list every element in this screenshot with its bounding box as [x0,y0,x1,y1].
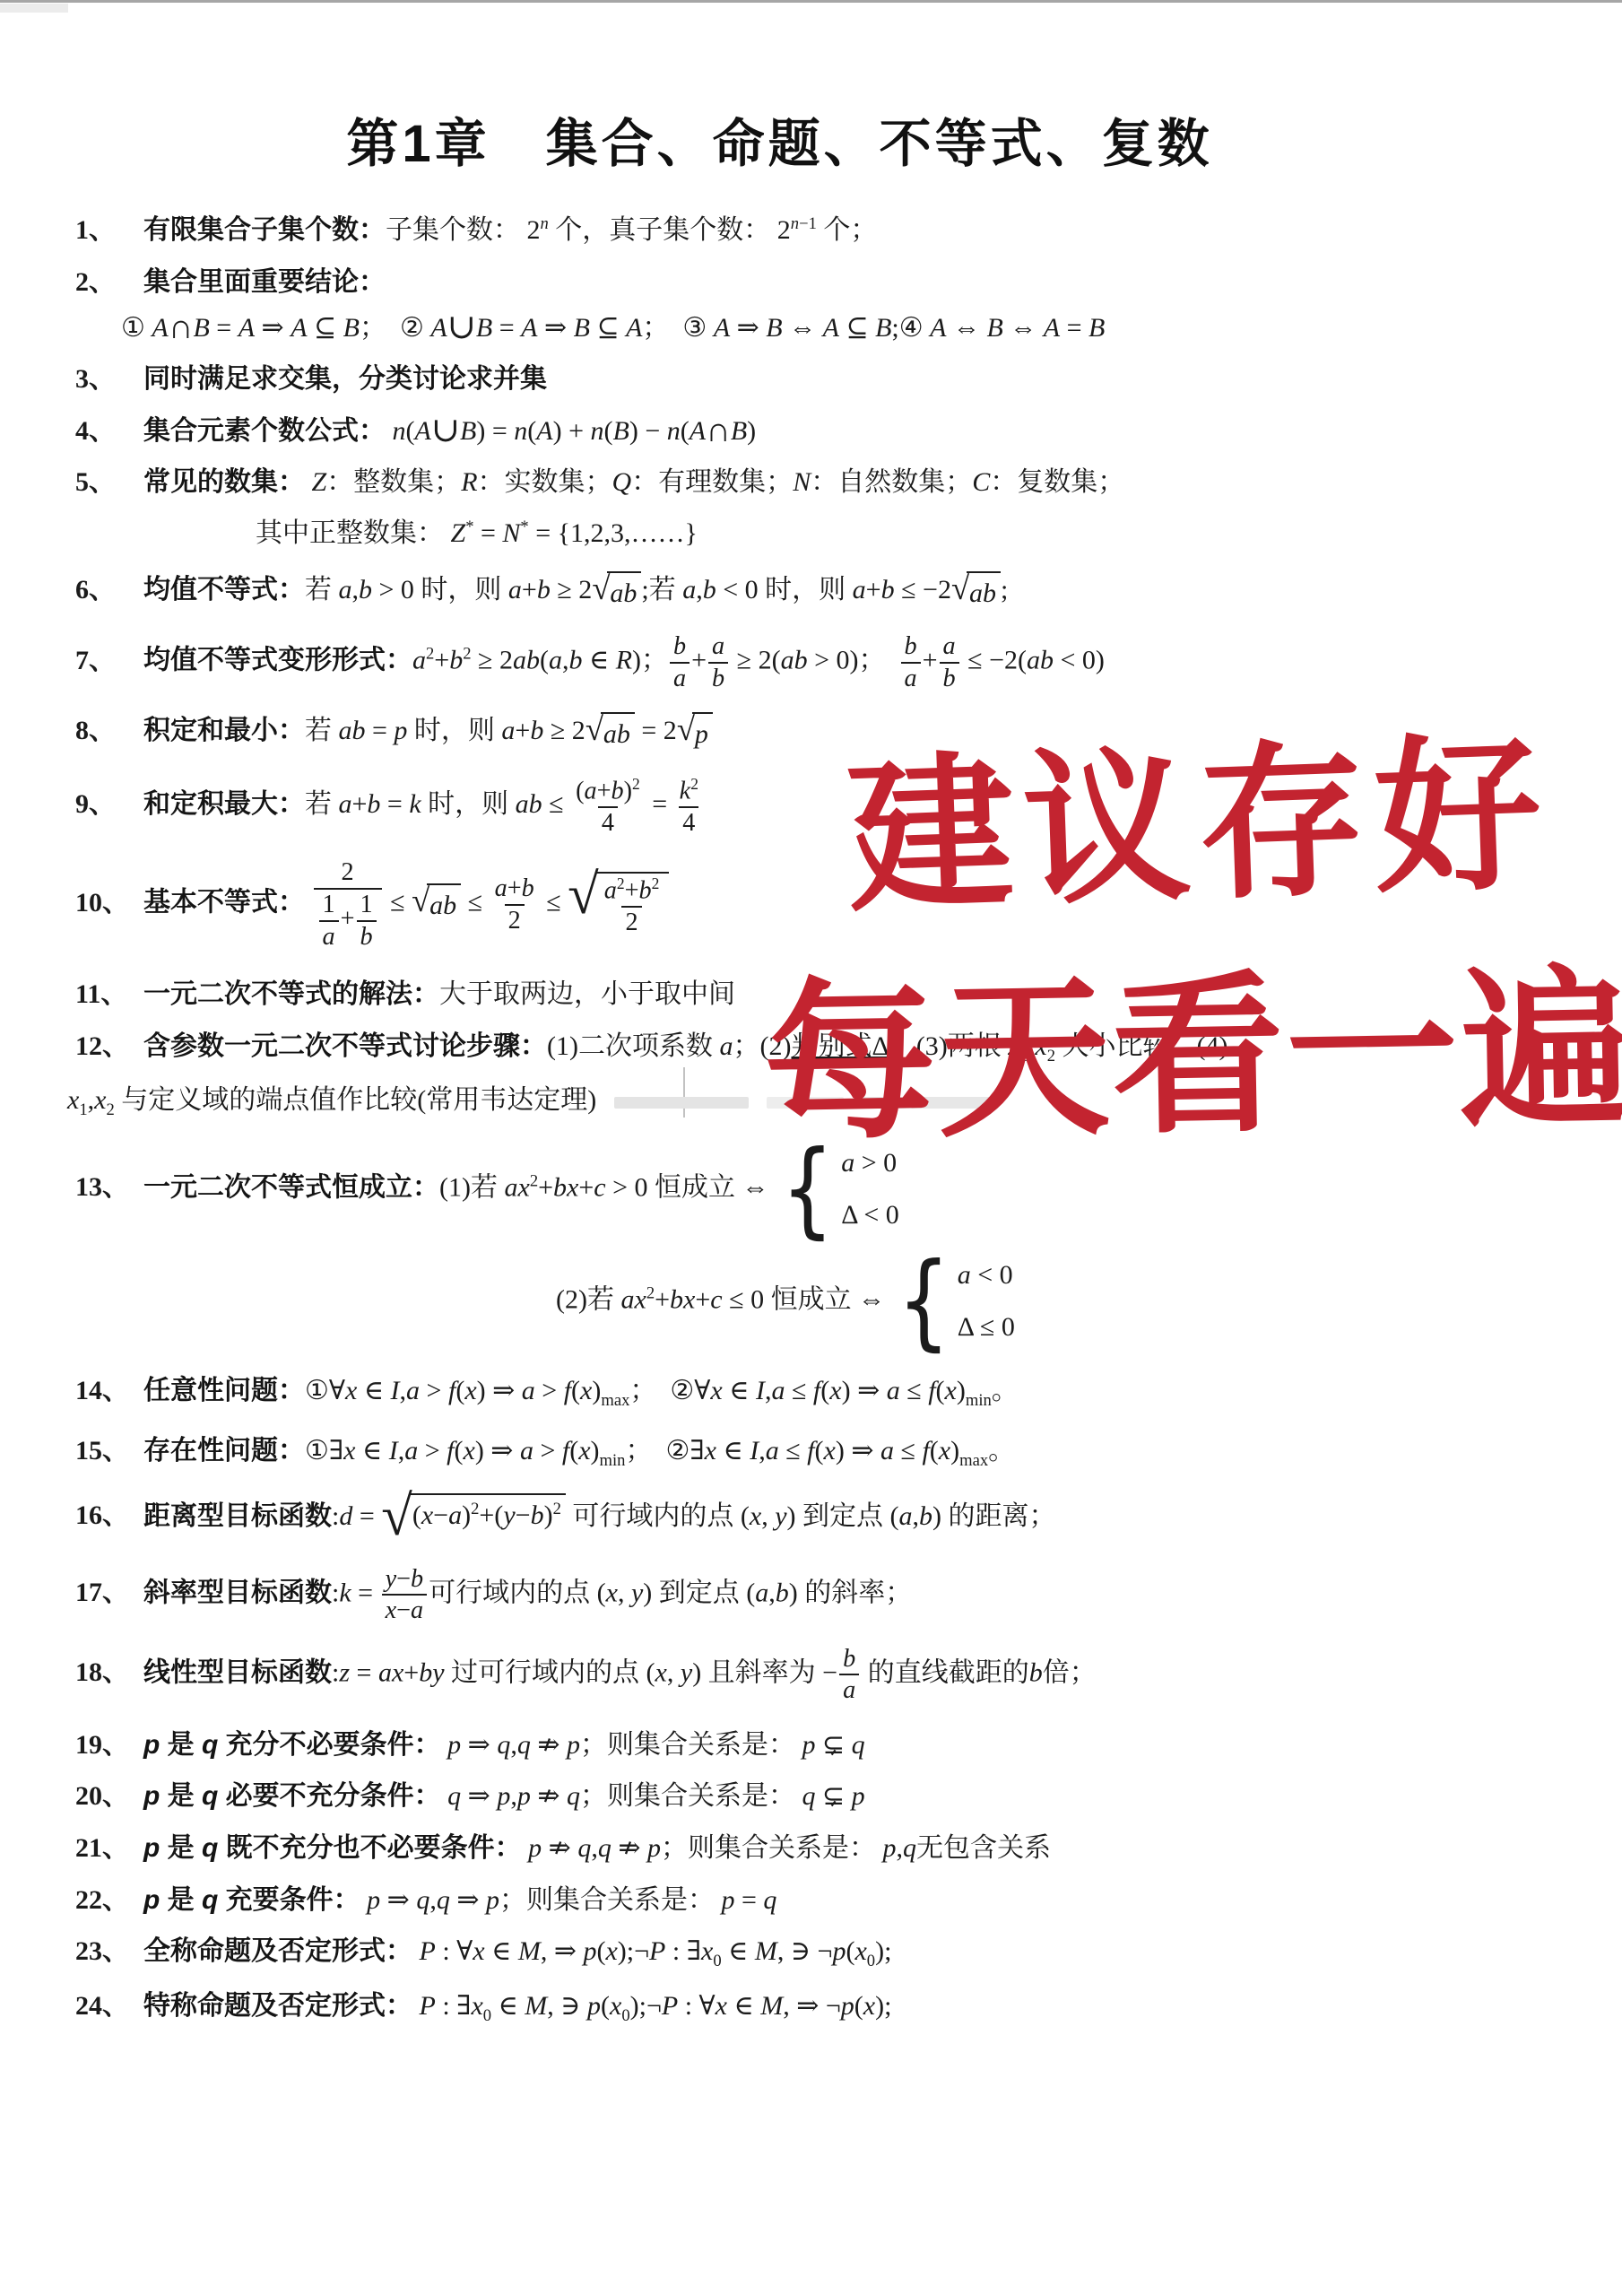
item-text: 有限集合子集个数：子集个数： 2n 个，真子集个数： 2n−1 个； [143,212,1559,250]
item-text: (2)若 ax2+bx+c ≤ 0 恒成立 ⇔ {a < 0Δ ≤ 0 [556,1257,1559,1347]
item-text: p 是 q 充要条件： p ⇒ q,q ⇒ p；则集合关系是： p = q [143,1882,1559,1920]
formula-item: 18、线性型目标函数:z = ax+by 过可行域内的点 (x, y) 且斜率为… [0,1645,1559,1705]
item-number: 19、 [75,1726,143,1765]
item-number: 11、 [75,976,143,1014]
item-text: 其中正整数集： Z* = N* = {1,2,3,……} [256,515,1559,553]
formula-item: 其中正整数集： Z* = N* = {1,2,3,……} [0,515,1559,553]
formula-item: 17、斜率型目标函数:k = y−bx−a可行域内的点 (x, y) 到定点 (… [0,1565,1559,1625]
item-number: 24、 [75,1987,143,2026]
formula-item: 3、同时满足求交集，分类讨论求并集 [0,361,1559,399]
item-number: 23、 [75,1933,143,1971]
item-number: 14、 [75,1372,143,1411]
item-number: 20、 [75,1778,143,1816]
item-number: 7、 [75,642,143,681]
formula-item: 2、集合里面重要结论： [0,264,1559,302]
item-number: 10、 [75,884,143,923]
formula-item: 24、特称命题及否定形式： P : ∃x0 ∈ M, ∋ p(x0);¬P : … [0,1987,1559,2028]
item-text: 常见的数集： Z：整数集；R：实数集；Q：有理数集；N：自然数集；C：复数集； [143,464,1559,502]
item-number: 5、 [75,464,143,502]
document-page: { "page": { "title": "第1章 集合、命题、不等式、复数" … [0,0,1622,2296]
item-text: p 是 q 既不充分也不必要条件： p ⇏ q,q ⇏ p；则集合关系是： p,… [143,1830,1559,1868]
item-text: 集合元素个数公式： n(A∪B) = n(A) + n(B) − n(A∩B) [143,413,1559,451]
formula-item: 15、存在性问题：①∃x ∈ I,a > f(x) ⇒ a > f(x)min；… [0,1432,1559,1473]
page-title: 第1章 集合、命题、不等式、复数 [0,108,1559,181]
item-number: 1、 [75,212,143,250]
item-text: 集合里面重要结论： [143,264,1559,302]
item-text: p 是 q 充分不必要条件： p ⇒ q,q ⇏ p；则集合关系是： p ⊊ q [143,1726,1559,1765]
item-number: 17、 [75,1574,143,1613]
item-text: ① A∩B = A ⇒ A ⊆ B； ② A∪B = A ⇒ B ⊆ A； ③ … [121,309,1559,348]
formula-item: 4、集合元素个数公式： n(A∪B) = n(A) + n(B) − n(A∩B… [0,413,1559,451]
formula-item: 5、常见的数集： Z：整数集；R：实数集；Q：有理数集；N：自然数集；C：复数集… [0,464,1559,502]
item-text: p 是 q 必要不充分条件： q ⇒ p,p ⇏ q；则集合关系是： q ⊊ p [143,1778,1559,1816]
item-number: 21、 [75,1830,143,1868]
item-number: 8、 [75,712,143,751]
item-text: 全称命题及否定形式： P : ∀x ∈ M, ⇒ p(x);¬P : ∃x0 ∈… [143,1933,1559,1973]
item-number: 22、 [75,1882,143,1920]
formula-item: 1、有限集合子集个数：子集个数： 2n 个，真子集个数： 2n−1 个； [0,212,1559,250]
item-number: 13、 [75,1169,143,1207]
formula-item: 21、p 是 q 既不充分也不必要条件： p ⇏ q,q ⇏ p；则集合关系是：… [0,1830,1559,1868]
item-number: 3、 [75,361,143,399]
item-number: 12、 [75,1028,143,1066]
formula-item: 20、p 是 q 必要不充分条件： q ⇒ p,p ⇏ q；则集合关系是： q … [0,1778,1559,1816]
item-number: 9、 [75,786,143,824]
formula-item: (2)若 ax2+bx+c ≤ 0 恒成立 ⇔ {a < 0Δ ≤ 0 [0,1257,1559,1347]
item-number: 15、 [75,1432,143,1471]
item-number: 6、 [75,571,143,610]
formula-item: 23、全称命题及否定形式： P : ∀x ∈ M, ⇒ p(x);¬P : ∃x… [0,1933,1559,1973]
watermark-text-line1: 建议存好 [844,696,1555,957]
item-number: 18、 [75,1654,143,1692]
item-text: 均值不等式：若 a,b > 0 时，则 a+b ≥ 2√ab;若 a,b < 0… [143,571,1559,613]
formula-item: 7、均值不等式变形形式：a2+b2 ≥ 2ab(a,b ∈ R)；ba+ab ≥… [0,632,1559,692]
formula-item: 14、任意性问题：①∀x ∈ I,a > f(x) ⇒ a > f(x)max；… [0,1372,1559,1413]
formula-item: 16、距离型目标函数:d = √(x−a)2+(y−b)2 可行域内的点 (x,… [0,1493,1559,1544]
item-text: 同时满足求交集，分类讨论求并集 [143,361,1559,399]
watermark-text-line2: 每天看一遍 [762,927,1622,1187]
item-text: 特称命题及否定形式： P : ∃x0 ∈ M, ∋ p(x0);¬P : ∀x … [143,1987,1559,2028]
item-number: 16、 [75,1497,143,1535]
item-text: 均值不等式变形形式：a2+b2 ≥ 2ab(a,b ∈ R)；ba+ab ≥ 2… [143,632,1559,692]
item-text: 存在性问题：①∃x ∈ I,a > f(x) ⇒ a > f(x)min； ②∃… [143,1432,1559,1473]
item-number: 2、 [75,264,143,302]
item-text: 距离型目标函数:d = √(x−a)2+(y−b)2 可行域内的点 (x, y)… [143,1493,1559,1544]
formula-item: 22、p 是 q 充要条件： p ⇒ q,q ⇒ p；则集合关系是： p = q [0,1882,1559,1920]
item-text: 斜率型目标函数:k = y−bx−a可行域内的点 (x, y) 到定点 (a,b… [143,1565,1559,1625]
formula-item: ① A∩B = A ⇒ A ⊆ B； ② A∪B = A ⇒ B ⊆ A； ③ … [0,309,1559,348]
formula-item: 6、均值不等式：若 a,b > 0 时，则 a+b ≥ 2√ab;若 a,b <… [0,571,1559,613]
formula-item: 19、p 是 q 充分不必要条件： p ⇒ q,q ⇏ p；则集合关系是： p … [0,1726,1559,1765]
item-text: 线性型目标函数:z = ax+by 过可行域内的点 (x, y) 且斜率为 −b… [143,1645,1559,1705]
item-text: 任意性问题：①∀x ∈ I,a > f(x) ⇒ a > f(x)max； ②∀… [143,1372,1559,1413]
item-number: 4、 [75,413,143,451]
